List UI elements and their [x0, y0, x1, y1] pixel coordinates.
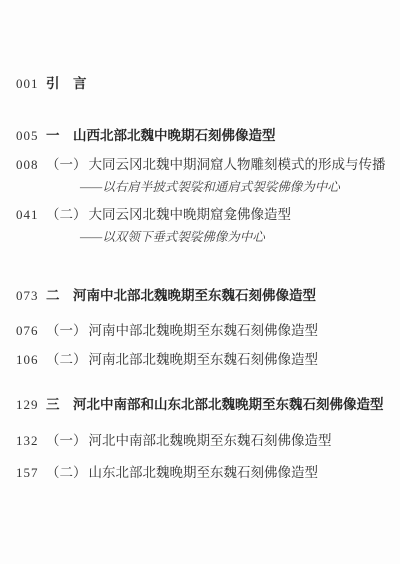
section-label: （一） [46, 155, 87, 175]
toc-row-intro: 001引 言 [16, 74, 386, 94]
section-label: 二 [46, 286, 73, 306]
page-number: 001 [16, 74, 46, 94]
toc-row-sub: 041（二）大同云冈北魏中晚期窟龛佛像造型 [16, 205, 386, 225]
toc-row-section-1: 005一山西北部北魏中晚期石刻佛像造型 [16, 126, 386, 146]
toc-row-section-3: 129三河北中南部和山东北部北魏晚期至东魏石刻佛像造型 [16, 395, 386, 415]
toc-row-sub: 076（一）河南中部北魏晚期至东魏石刻佛像造型 [16, 321, 386, 341]
toc-row-section-2: 073二河南中北部北魏晚期至东魏石刻佛像造型 [16, 286, 386, 306]
entry-title: 引 言 [46, 76, 87, 91]
section-label: 一 [46, 126, 73, 146]
entry-title: 河南中北部北魏晚期至东魏石刻佛像造型 [73, 288, 316, 303]
page-number: 073 [16, 286, 46, 306]
page-number: 157 [16, 463, 46, 483]
toc-row-sub: 157（二）山东北部北魏晚期至东魏石刻佛像造型 [16, 463, 386, 483]
entry-title: 河南中部北魏晚期至东魏石刻佛像造型 [89, 323, 319, 338]
page-number: 106 [16, 350, 46, 370]
toc-row-sub: 008（一）大同云冈北魏中期洞窟人物雕刻模式的形成与传播 [16, 155, 386, 175]
entry-title: 河南北部北魏晚期至东魏石刻佛像造型 [89, 352, 319, 367]
entry-subtitle: ——以双领下垂式袈裟佛像为中心 [80, 230, 265, 244]
entry-title: 河北中南部北魏晚期至东魏石刻佛像造型 [89, 433, 332, 448]
page-number: 129 [16, 395, 46, 415]
page-number: 041 [16, 205, 46, 225]
toc-row-sub: 106（二）河南北部北魏晚期至东魏石刻佛像造型 [16, 350, 386, 370]
page-number: 005 [16, 126, 46, 146]
toc-row-subtitle: ——以右肩半披式袈裟和通肩式袈裟佛像为中心 [16, 177, 386, 197]
entry-title: 山西北部北魏中晚期石刻佛像造型 [73, 128, 276, 143]
section-label: （二） [46, 350, 87, 370]
section-label: （二） [46, 463, 87, 483]
page-number: 132 [16, 431, 46, 451]
toc-row-subtitle: ——以双领下垂式袈裟佛像为中心 [16, 227, 386, 247]
entry-title: 山东北部北魏晚期至东魏石刻佛像造型 [89, 465, 319, 480]
section-label: （二） [46, 205, 87, 225]
section-label: （一） [46, 321, 87, 341]
toc-page: 001引 言 005一山西北部北魏中晚期石刻佛像造型 008（一）大同云冈北魏中… [0, 0, 400, 564]
toc-row-sub: 132（一）河北中南部北魏晚期至东魏石刻佛像造型 [16, 431, 386, 451]
section-label: （一） [46, 431, 87, 451]
page-number: 076 [16, 321, 46, 341]
entry-title: 大同云冈北魏中晚期窟龛佛像造型 [89, 207, 292, 222]
section-label: 三 [46, 395, 73, 415]
entry-title: 河北中南部和山东北部北魏晚期至东魏石刻佛像造型 [73, 397, 384, 412]
page-number: 008 [16, 155, 46, 175]
entry-subtitle: ——以右肩半披式袈裟和通肩式袈裟佛像为中心 [80, 180, 340, 194]
entry-title: 大同云冈北魏中期洞窟人物雕刻模式的形成与传播 [89, 157, 386, 172]
